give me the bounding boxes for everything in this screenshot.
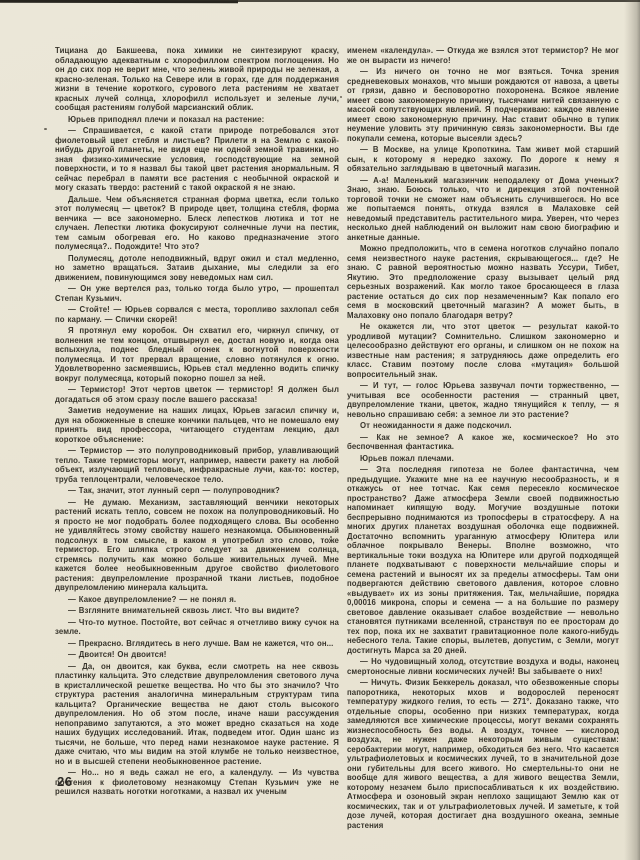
paragraph: — Эта последняя гипотеза не более фантас…: [347, 463, 619, 655]
scan-speck: [44, 128, 47, 130]
paragraph: — Но чудовищный холод, отсутствие воздух…: [347, 655, 619, 676]
paragraph: — Он уже вертелся раз, только тогда было…: [55, 282, 339, 303]
text-column-right: именем «календула». — Откуда же взялся э…: [347, 44, 619, 830]
paragraph: — Какое двупреломление? — не понял я.: [55, 593, 339, 605]
paragraph: — А-а! Маленький магазинчик неподалеку о…: [347, 174, 619, 243]
page-number: 26: [57, 774, 72, 789]
magazine-page-scan: Тициана до Бакшеева, пока химики не синт…: [0, 0, 640, 860]
scan-right-edge-shadow: [624, 0, 640, 860]
paragraph: — Что-то мутное. Постойте, вот сейчас я …: [55, 616, 339, 637]
paragraph: — Прекрасно. Вглядитесь в него лучше. Ва…: [55, 637, 339, 649]
paragraph: Можно предположить, что в семена ноготко…: [347, 242, 619, 320]
paragraph: — В Москве, на улице Кропоткина. Там жив…: [347, 143, 619, 174]
two-column-text-block: Тициана до Бакшеева, пока химики не синт…: [55, 44, 619, 830]
paragraph: — Как не земное? А какое же, космическое…: [347, 431, 619, 452]
paragraph: — И тут, — голос Юрьева зазвучал почти т…: [347, 379, 619, 419]
paragraph: Тициана до Бакшеева, пока химики не синт…: [55, 44, 339, 113]
paragraph: Юрьев пожал плечами.: [347, 452, 619, 464]
paragraph: Не окажется ли, что этот цветок — резуль…: [347, 320, 619, 379]
paragraph: — Не думаю. Механизм, заставляющий венчи…: [55, 496, 339, 593]
text-column-left: Тициана до Бакшеева, пока химики не синт…: [55, 44, 339, 830]
paragraph: именем «календула». — Откуда же взялся э…: [347, 44, 619, 65]
paragraph: — Термистор! Этот чертов цветок — термис…: [55, 383, 339, 404]
paragraph: — Двоится! Он двоится!: [55, 648, 339, 660]
paragraph: — Спрашивается, с какой стати природе по…: [55, 124, 339, 193]
paragraph: — Так, значит, этот лунный серп — полупр…: [55, 484, 339, 496]
paragraph: — Да, он двоится, как буква, если смотре…: [55, 660, 339, 767]
paragraph: — Но... но я ведь сажал не его, а календ…: [55, 766, 339, 797]
paragraph: — Взгляните внимательней сквозь лист. Чт…: [55, 604, 339, 616]
paragraph: Юрьев приподнял плечи и показал на расте…: [55, 113, 339, 125]
paragraph: — Термистор — это полупроводниковый приб…: [55, 444, 339, 484]
paragraph: Дальше. Чем объясняется странная форма ц…: [55, 193, 339, 252]
paragraph: — Ничуть. Физик Беккерель доказал, что о…: [347, 676, 619, 830]
scan-top-edge-thick-segment: [0, 0, 238, 3]
paragraph: От неожиданности я даже подскочил.: [347, 419, 619, 431]
paragraph: — Стойте! — Юрьев сорвался с места, торо…: [55, 303, 339, 324]
paragraph: — Из ничего он точно не мог взяться. Точ…: [347, 65, 619, 143]
paragraph: Полумесяц, дотоле неподвижный, вдруг ожи…: [55, 252, 339, 283]
paragraph: Я протянул ему коробок. Он схватил его, …: [55, 324, 339, 383]
paragraph: Заметив недоумение на наших лицах, Юрьев…: [55, 404, 339, 444]
